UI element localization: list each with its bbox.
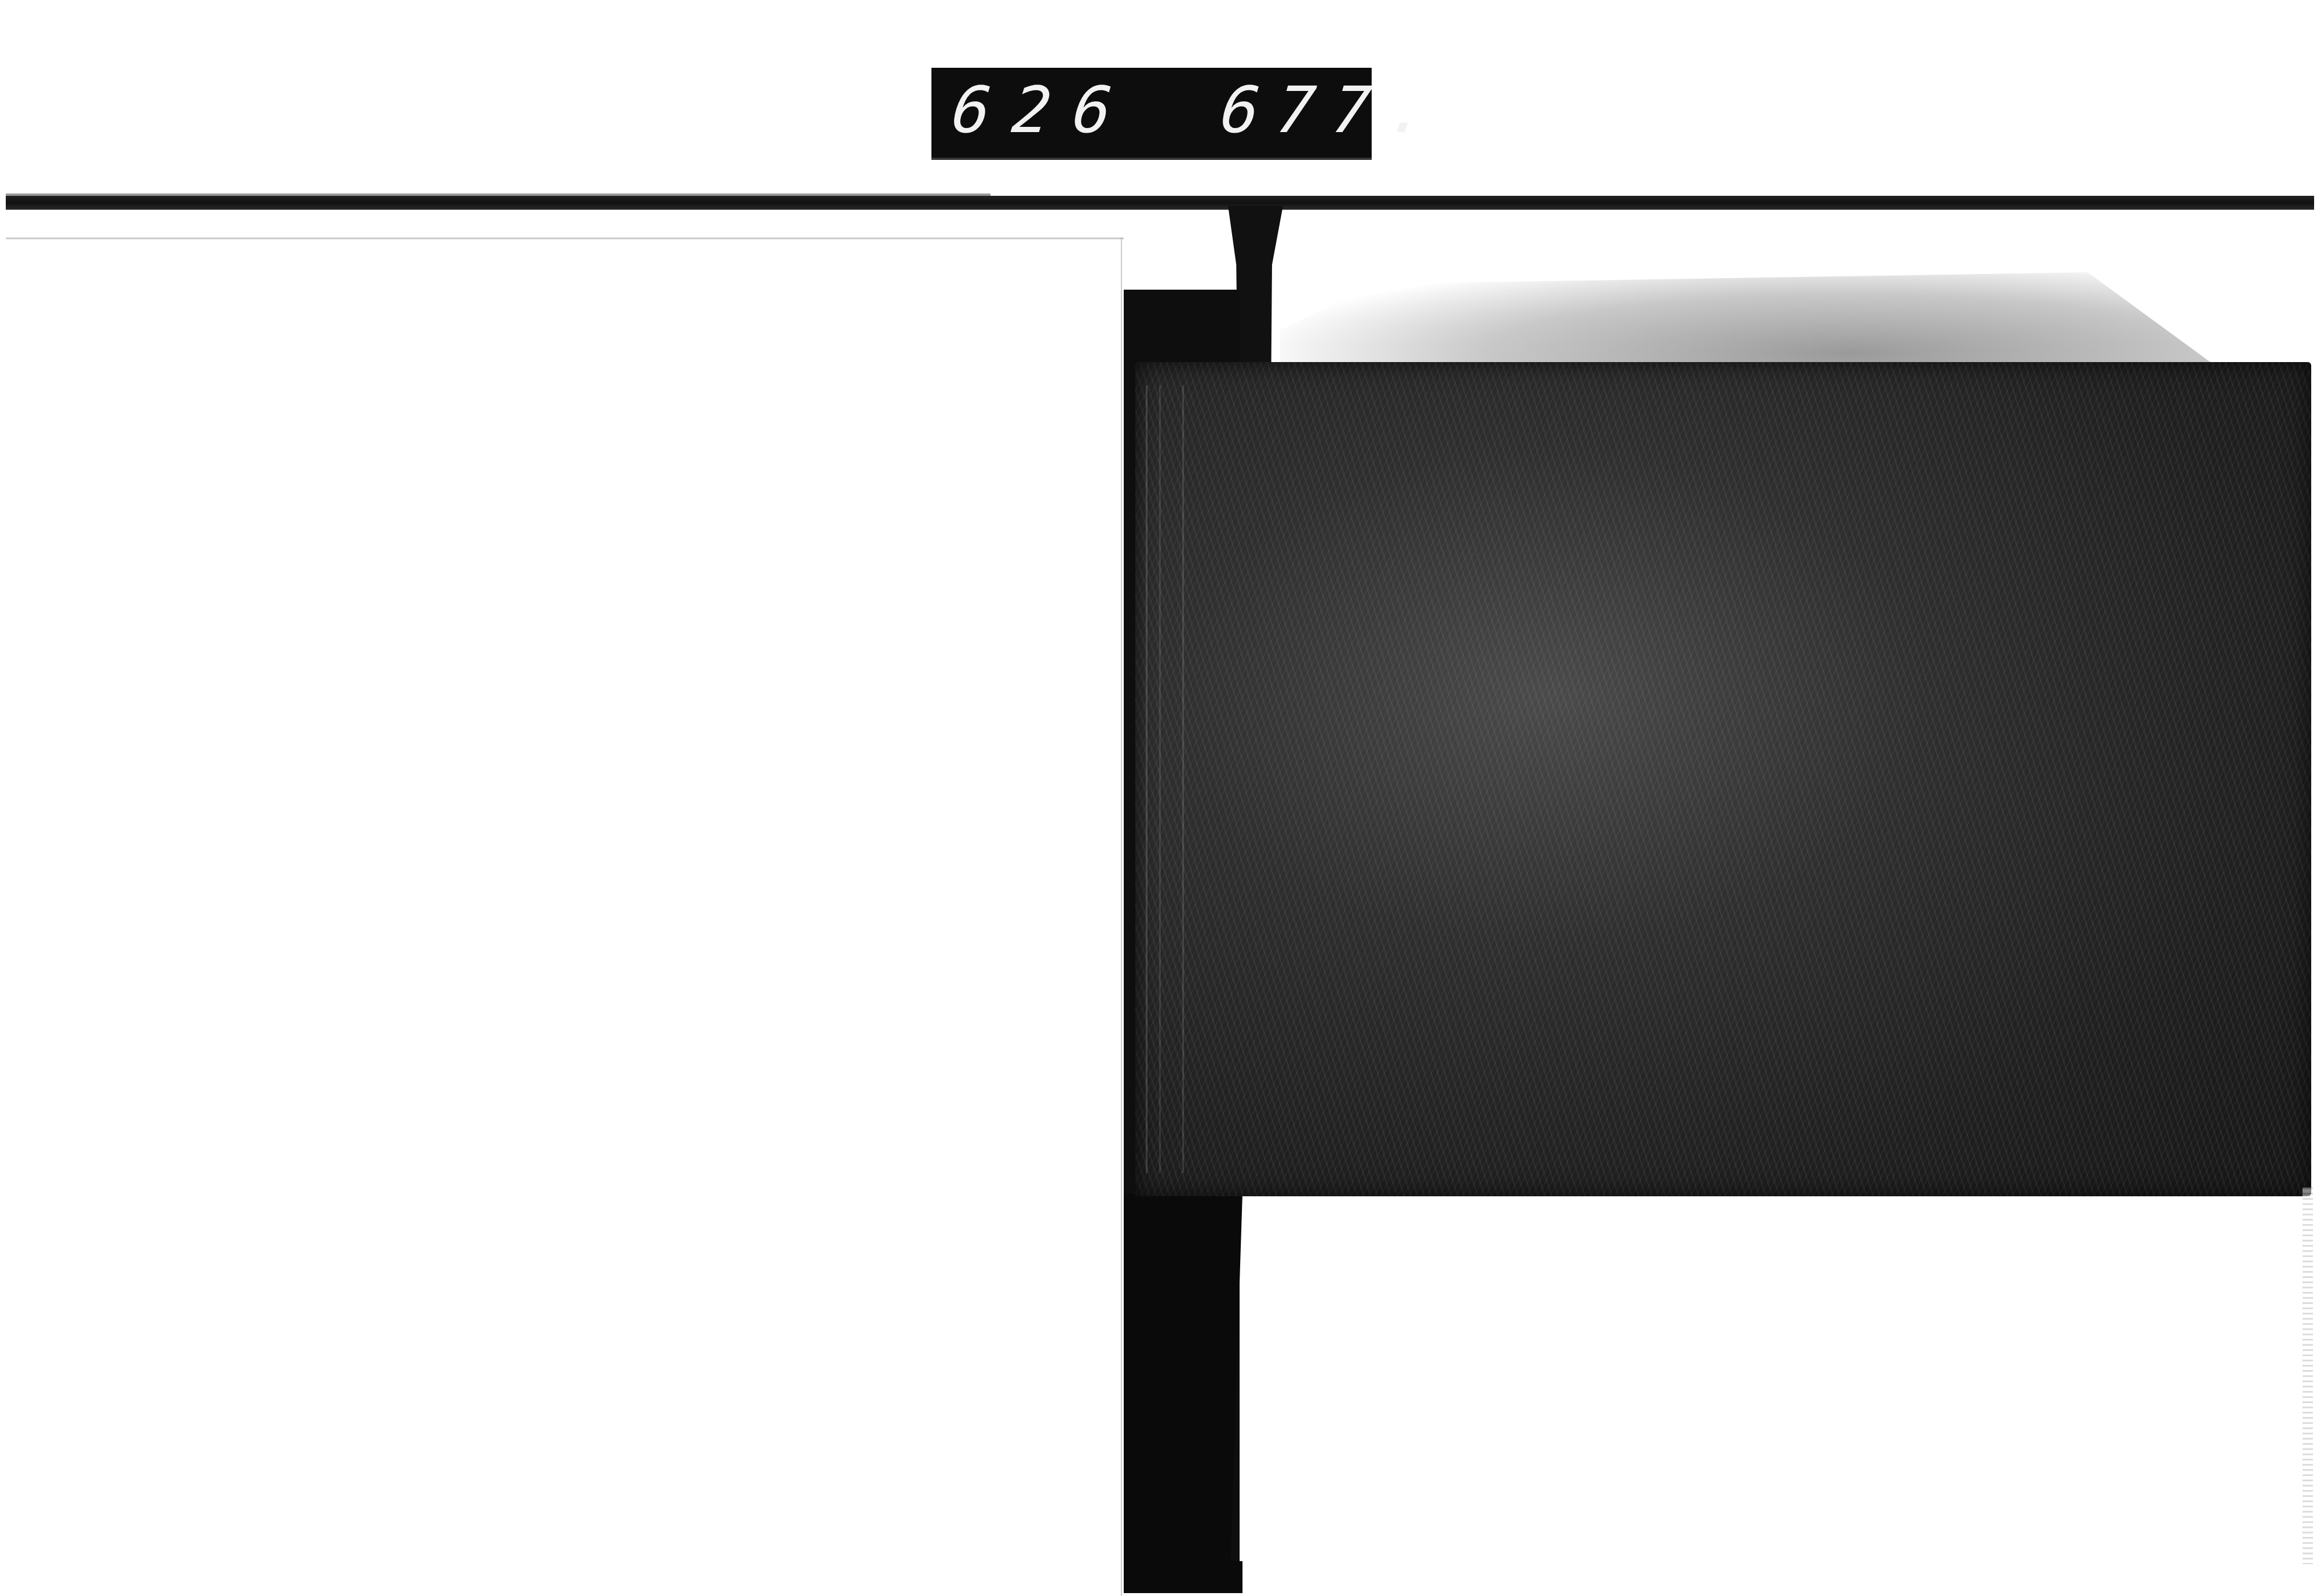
book-cover <box>1135 362 2311 1196</box>
scan-edge-noise <box>2303 1188 2313 1564</box>
binding-foot <box>1124 1193 1242 1593</box>
counter-left-value: 626 <box>949 78 1136 142</box>
blank-left-page <box>0 238 1122 1596</box>
left-page-rule <box>6 238 1124 239</box>
top-bar <box>6 196 2314 210</box>
counter-right-value: 677. <box>1218 78 1447 142</box>
spine-stitching <box>1146 385 1184 1173</box>
frame-counter: 626 677. <box>931 68 1372 158</box>
book-shadow <box>1280 261 2230 377</box>
microfilm-frame: 626 677. <box>0 0 2317 1596</box>
